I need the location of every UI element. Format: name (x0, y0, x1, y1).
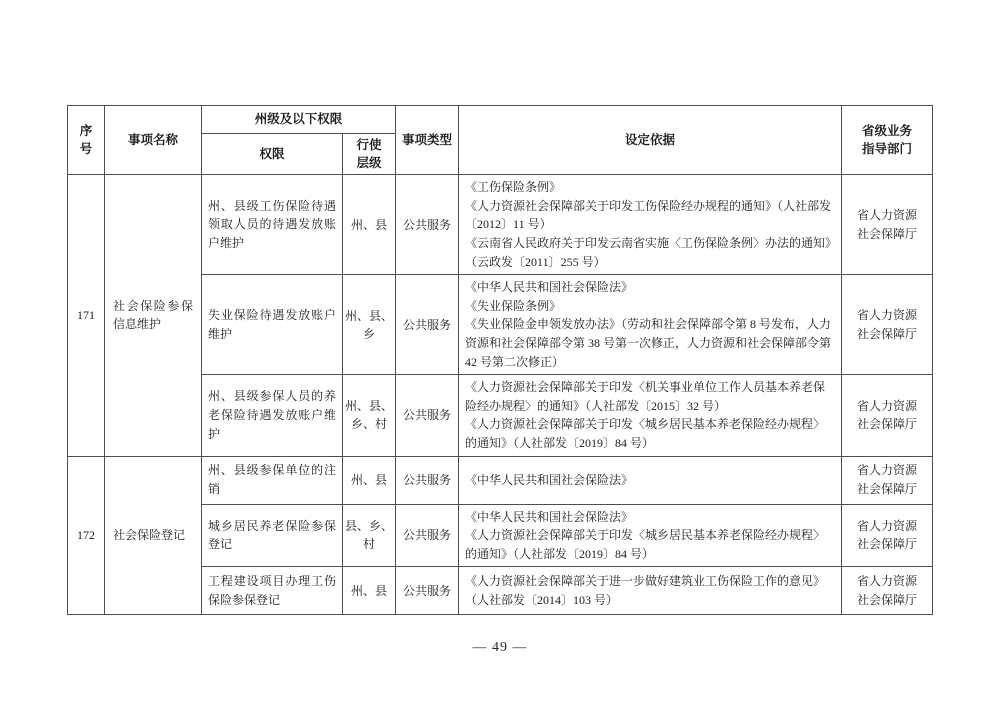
item-type-cell: 公共服务 (396, 275, 459, 375)
authority-cell: 工程建设项目办理工伤保险参保登记 (202, 567, 343, 615)
basis-cell: 《人力资源社会保障部关于进一步做好建筑业工伤保险工作的意见》（人社部发〔2014… (459, 567, 842, 615)
authority-cell: 州、县级参保单位的注销 (202, 456, 343, 504)
serial-cell: 172 (68, 456, 105, 615)
item-type-cell: 公共服务 (396, 504, 459, 567)
item-type-cell: 公共服务 (396, 375, 459, 456)
item-name-cell: 社会保险登记 (105, 456, 202, 615)
authority-cell: 城乡居民养老保险参保登记 (202, 504, 343, 567)
table-row: 172 社会保险登记 州、县级参保单位的注销 州、县 公共服务 《中华人民共和国… (68, 456, 933, 504)
dept-cell: 省人力资源社会保障厅 (842, 456, 933, 504)
basis-cell: 《中华人民共和国社会保险法》 《失业保险条例》 《失业保险金申领发放办法》（劳动… (459, 275, 842, 375)
serial-cell: 171 (68, 175, 105, 456)
basis-cell: 《工伤保险条例》 《人力资源社会保障部关于印发工伤保险经办规程的通知》（人社部发… (459, 175, 842, 275)
items-table-container: 序号 事项名称 州级及以下权限 事项类型 设定依据 省级业务指导部门 权限 行使… (67, 105, 933, 615)
dept-cell: 省人力资源社会保障厅 (842, 375, 933, 456)
dept-cell: 省人力资源社会保障厅 (842, 567, 933, 615)
item-type-header: 事项类型 (396, 106, 459, 175)
item-name-header: 事项名称 (105, 106, 202, 175)
basis-header: 设定依据 (459, 106, 842, 175)
exercise-level-cell: 州、县 (343, 175, 396, 275)
item-type-cell: 公共服务 (396, 175, 459, 275)
serial-header: 序号 (68, 106, 105, 175)
exercise-level-cell: 州、县、乡 (343, 275, 396, 375)
exercise-level-cell: 州、县 (343, 456, 396, 504)
dept-cell: 省人力资源社会保障厅 (842, 504, 933, 567)
basis-cell: 《中华人民共和国社会保险法》 (459, 456, 842, 504)
page-number: — 49 — (0, 640, 1000, 656)
basis-cell: 《中华人民共和国社会保险法》 《人力资源社会保障部关于印发〈城乡居民基本养老保险… (459, 504, 842, 567)
authority-cell: 州、县级工伤保险待遇领取人员的待遇发放账户维护 (202, 175, 343, 275)
exercise-level-cell: 州、县 (343, 567, 396, 615)
exercise-level-cell: 县、乡、村 (343, 504, 396, 567)
table-header-row-1: 序号 事项名称 州级及以下权限 事项类型 设定依据 省级业务指导部门 (68, 106, 933, 134)
table-row: 171 社会保险参保信息维护 州、县级工伤保险待遇领取人员的待遇发放账户维护 州… (68, 175, 933, 275)
item-type-cell: 公共服务 (396, 456, 459, 504)
authority-header: 权限 (202, 134, 343, 175)
dept-cell: 省人力资源社会保障厅 (842, 275, 933, 375)
item-name-cell: 社会保险参保信息维护 (105, 175, 202, 456)
exercise-level-header: 行使层级 (343, 134, 396, 175)
service-items-table: 序号 事项名称 州级及以下权限 事项类型 设定依据 省级业务指导部门 权限 行使… (67, 105, 933, 615)
authority-cell: 失业保险待遇发放账户维护 (202, 275, 343, 375)
authority-group-header: 州级及以下权限 (202, 106, 396, 134)
authority-cell: 州、县级参保人员的养老保险待遇发放账户维护 (202, 375, 343, 456)
basis-cell: 《人力资源社会保障部关于印发〈机关事业单位工作人员基本养老保险经办规程〉的通知》… (459, 375, 842, 456)
dept-header: 省级业务指导部门 (842, 106, 933, 175)
document-page: 序号 事项名称 州级及以下权限 事项类型 设定依据 省级业务指导部门 权限 行使… (0, 0, 1000, 707)
dept-cell: 省人力资源社会保障厅 (842, 175, 933, 275)
item-type-cell: 公共服务 (396, 567, 459, 615)
exercise-level-cell: 州、县、乡、村 (343, 375, 396, 456)
